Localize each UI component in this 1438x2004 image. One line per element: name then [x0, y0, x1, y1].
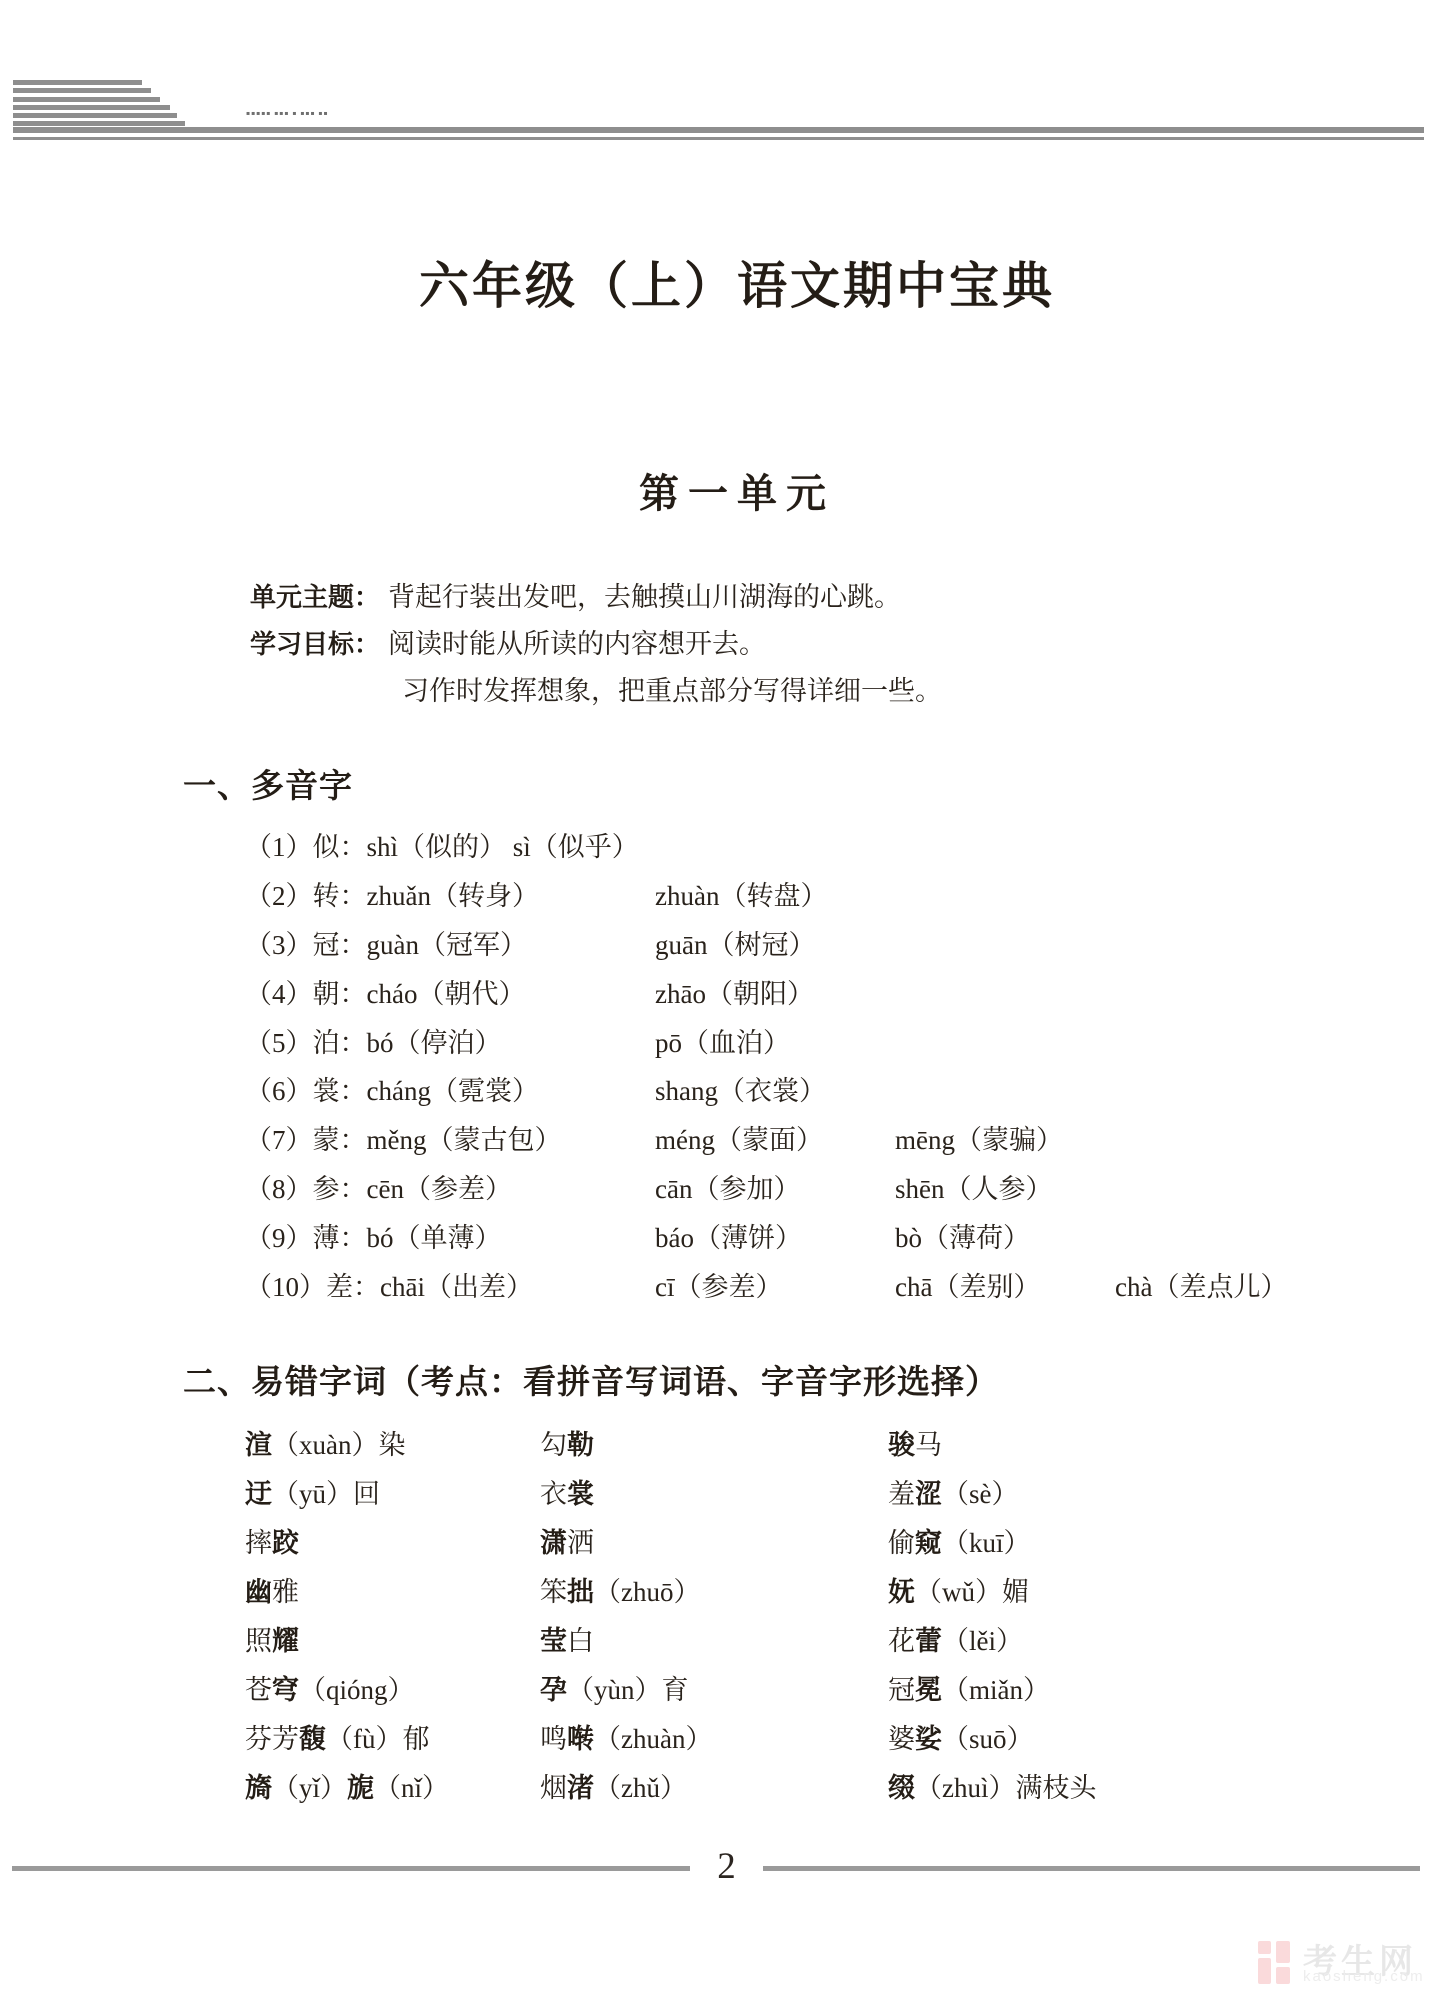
word-text: （wǔ）媚: [915, 1577, 1029, 1607]
word-text: （yū）回: [272, 1479, 380, 1509]
word-cell: 鸣啭（zhuàn）: [540, 1715, 712, 1764]
polyphone-entry: bò（薄荷）: [895, 1214, 1030, 1263]
word-row: 旖（yǐ）旎（nǐ）烟渚（zhǔ）缀（zhuì）满枝头: [245, 1764, 1405, 1813]
word-text: （yǐ）: [272, 1773, 347, 1803]
polyphone-entry: （2）转：zhuǎn（转身）: [245, 872, 539, 921]
polyphone-entry: （5）泊：bó（停泊）: [245, 1019, 502, 1068]
key-character: 缀: [888, 1773, 915, 1803]
word-text: 勾: [540, 1430, 567, 1460]
word-text: 偷: [888, 1528, 915, 1558]
polyphone-entry: （9）薄：bó（单薄）: [245, 1214, 502, 1263]
word-text: 鸣: [540, 1724, 567, 1754]
word-cell: 烟渚（zhǔ）: [540, 1764, 687, 1813]
word-cell: 芬芳馥（fù）郁: [245, 1715, 430, 1764]
key-character: 娑: [915, 1724, 942, 1754]
learning-goal-line-2: 习作时发挥想象，把重点部分写得详细一些。: [250, 668, 1250, 715]
polyphone-entry: cī（参差）: [655, 1263, 783, 1312]
word-text: （qióng）: [299, 1675, 415, 1705]
key-character: 耀: [272, 1626, 299, 1656]
header-rule-thin: [13, 137, 1424, 140]
polyphone-row: （10）差：chāi（出差）cī（参差）chā（差别）chà（差点儿）: [245, 1263, 1405, 1312]
word-cell: 旖（yǐ）旎（nǐ）: [245, 1764, 449, 1813]
unit-intro: 单元主题：背起行装出发吧，去触摸山川湖海的心跳。 学习目标：阅读时能从所读的内容…: [250, 574, 1250, 715]
word-text: 烟: [540, 1773, 567, 1803]
polyphone-entry: pō（血泊）: [655, 1019, 790, 1068]
unit-theme-text: 背起行装出发吧，去触摸山川湖海的心跳。: [388, 582, 901, 612]
header-stripe: [13, 97, 160, 102]
word-row: 渲（xuàn）染勾勒骏马: [245, 1421, 1405, 1470]
polyphone-entry: mēng（蒙骗）: [895, 1116, 1063, 1165]
word-cell: 骏马: [888, 1421, 942, 1470]
header-stripe: [13, 105, 170, 110]
key-character: 渲: [245, 1430, 272, 1460]
word-cell: 苍穹（qióng）: [245, 1666, 415, 1715]
word-cell: 缀（zhuì）满枝头: [888, 1764, 1097, 1813]
word-cell: 羞涩（sè）: [888, 1470, 1019, 1519]
word-text: 婆: [888, 1724, 915, 1754]
key-character: 啭: [567, 1724, 594, 1754]
word-text: （xuàn）染: [272, 1430, 405, 1460]
polyphone-entry: cān（参加）: [655, 1165, 800, 1214]
header-stripe: [13, 121, 185, 126]
word-text: （suō）: [942, 1724, 1034, 1754]
key-character: 迂: [245, 1479, 272, 1509]
polyphone-row: （7）蒙：měng（蒙古包）méng（蒙面）mēng（蒙骗）: [245, 1116, 1405, 1165]
key-character: 馥: [299, 1724, 326, 1754]
word-cell: 孕（yùn）育: [540, 1666, 689, 1715]
polyphone-row: （2）转：zhuǎn（转身）zhuàn（转盘）: [245, 872, 1405, 921]
word-cell: 衣裳: [540, 1470, 594, 1519]
word-text: 羞: [888, 1479, 915, 1509]
header-stripe: [13, 113, 177, 118]
key-character: 潇: [540, 1528, 567, 1558]
footer-rule-left: [12, 1866, 690, 1871]
word-cell: 勾勒: [540, 1421, 594, 1470]
key-character: 渚: [567, 1773, 594, 1803]
word-text: （kuī）: [942, 1528, 1031, 1558]
polyphone-list: （1）似：shì（似的） sì（似乎）（2）转：zhuǎn（转身）zhuàn（转…: [245, 823, 1405, 1312]
header-fine-print: ▪▪▪▪▪ ▪▪▪ ▪ ▪▪▪ ▪▪: [246, 110, 356, 117]
word-text: 摔: [245, 1528, 272, 1558]
key-character: 莹: [540, 1626, 567, 1656]
polyphone-entry: （7）蒙：měng（蒙古包）: [245, 1116, 562, 1165]
document-page: ▪▪▪▪▪ ▪▪▪ ▪ ▪▪▪ ▪▪ 六年级（上）语文期中宝典 第一单元 单元主…: [0, 0, 1438, 2004]
section-2-heading: 二、易错字词（考点：看拼音写词语、字音字形选择）: [183, 1356, 999, 1403]
key-character: 妩: [888, 1577, 915, 1607]
unit-title: 第一单元: [36, 462, 1438, 519]
word-cell: 冠冕（miǎn）: [888, 1666, 1050, 1715]
polyphone-row: （9）薄：bó（单薄）báo（薄饼）bò（薄荷）: [245, 1214, 1405, 1263]
word-cell: 幽雅: [245, 1568, 299, 1617]
section-1-heading: 一、多音字: [183, 760, 353, 807]
word-row: 苍穹（qióng）孕（yùn）育冠冕（miǎn）: [245, 1666, 1405, 1715]
word-cell: 笨拙（zhuō）: [540, 1568, 700, 1617]
polyphone-row: （6）裳：cháng（霓裳）shang（衣裳）: [245, 1067, 1405, 1116]
key-character: 裳: [567, 1479, 594, 1509]
word-text: 衣: [540, 1479, 567, 1509]
word-row: 芬芳馥（fù）郁鸣啭（zhuàn）婆娑（suō）: [245, 1715, 1405, 1764]
polyphone-entry: báo（薄饼）: [655, 1214, 802, 1263]
word-text: 笨: [540, 1577, 567, 1607]
polyphone-row: （8）参：cēn（参差）cān（参加）shēn（人参）: [245, 1165, 1405, 1214]
page-title: 六年级（上）语文期中宝典: [36, 246, 1438, 318]
polyphone-entry: shang（衣裳）: [655, 1067, 826, 1116]
polyphone-entry: （8）参：cēn（参差）: [245, 1165, 512, 1214]
word-cell: 妩（wǔ）媚: [888, 1568, 1029, 1617]
polyphone-entry: zhāo（朝阳）: [655, 970, 814, 1019]
word-grid: 渲（xuàn）染勾勒骏马迂（yū）回衣裳羞涩（sè）摔跤潇洒偷窥（kuī）幽雅笨…: [245, 1421, 1405, 1813]
polyphone-entry: （3）冠：guàn（冠军）: [245, 921, 527, 970]
key-character: 旎: [347, 1773, 374, 1803]
polyphone-entry: （10）差：chāi（出差）: [245, 1263, 533, 1312]
key-character: 旖: [245, 1773, 272, 1803]
polyphone-entry: chā（差别）: [895, 1263, 1040, 1312]
word-row: 迂（yū）回衣裳羞涩（sè）: [245, 1470, 1405, 1519]
footer-rule-right: [763, 1866, 1420, 1871]
key-character: 涩: [915, 1479, 942, 1509]
word-text: （zhuō）: [594, 1577, 700, 1607]
word-text: 雅: [272, 1577, 299, 1607]
word-text: （zhǔ）: [594, 1773, 687, 1803]
key-character: 蕾: [915, 1626, 942, 1656]
polyphone-row: （1）似：shì（似的） sì（似乎）: [245, 823, 1405, 872]
key-character: 勒: [567, 1430, 594, 1460]
key-character: 骏: [888, 1430, 915, 1460]
polyphone-entry: （4）朝：cháo（朝代）: [245, 970, 525, 1019]
word-text: 洒: [567, 1528, 594, 1558]
polyphone-entry: shēn（人参）: [895, 1165, 1053, 1214]
learning-goal-line: 学习目标：阅读时能从所读的内容想开去。: [250, 621, 1250, 668]
word-cell: 花蕾（lěi）: [888, 1617, 1023, 1666]
page-number: 2: [690, 1846, 763, 1888]
word-text: 苍: [245, 1675, 272, 1705]
word-text: （zhuì）满枝头: [915, 1773, 1097, 1803]
word-text: （zhuàn）: [594, 1724, 712, 1754]
polyphone-entry: zhuàn（转盘）: [655, 872, 827, 921]
word-text: （lěi）: [942, 1626, 1023, 1656]
word-text: （miǎn）: [942, 1675, 1050, 1705]
polyphone-entry: （1）似：shì（似的） sì（似乎）: [245, 823, 639, 872]
word-text: 白: [567, 1626, 594, 1656]
header-stripe: [13, 80, 142, 85]
key-character: 窥: [915, 1528, 942, 1558]
polyphone-entry: chà（差点儿）: [1115, 1263, 1287, 1312]
word-row: 幽雅笨拙（zhuō）妩（wǔ）媚: [245, 1568, 1405, 1617]
watermark-domain: kaosheng.com: [1303, 1968, 1425, 1985]
polyphone-entry: （6）裳：cháng（霓裳）: [245, 1067, 539, 1116]
key-character: 冕: [915, 1675, 942, 1705]
word-text: 马: [915, 1430, 942, 1460]
word-cell: 照耀: [245, 1617, 299, 1666]
key-character: 拙: [567, 1577, 594, 1607]
key-character: 孕: [540, 1675, 567, 1705]
word-text: 冠: [888, 1675, 915, 1705]
word-text: 芬芳: [245, 1724, 299, 1754]
word-row: 摔跤潇洒偷窥（kuī）: [245, 1519, 1405, 1568]
learning-goal-text-2: 习作时发挥想象，把重点部分写得详细一些。: [402, 676, 942, 706]
word-cell: 摔跤: [245, 1519, 299, 1568]
key-character: 幽: [245, 1577, 272, 1607]
word-text: （fù）郁: [326, 1724, 430, 1754]
polyphone-entry: guān（树冠）: [655, 921, 815, 970]
word-text: （sè）: [942, 1479, 1019, 1509]
polyphone-row: （4）朝：cháo（朝代）zhāo（朝阳）: [245, 970, 1405, 1019]
key-character: 穹: [272, 1675, 299, 1705]
learning-goal-label: 学习目标：: [250, 629, 380, 659]
word-text: （yùn）育: [567, 1675, 689, 1705]
word-cell: 偷窥（kuī）: [888, 1519, 1031, 1568]
unit-theme-label: 单元主题：: [250, 582, 380, 612]
learning-goal-text: 阅读时能从所读的内容想开去。: [388, 629, 766, 659]
word-text: 花: [888, 1626, 915, 1656]
polyphone-row: （3）冠：guàn（冠军）guān（树冠）: [245, 921, 1405, 970]
header-stripe: [13, 88, 151, 93]
word-text: 照: [245, 1626, 272, 1656]
word-text: （nǐ）: [374, 1773, 449, 1803]
word-cell: 迂（yū）回: [245, 1470, 380, 1519]
word-cell: 潇洒: [540, 1519, 594, 1568]
polyphone-entry: méng（蒙面）: [655, 1116, 823, 1165]
word-cell: 渲（xuàn）染: [245, 1421, 405, 1470]
polyphone-row: （5）泊：bó（停泊）pō（血泊）: [245, 1019, 1405, 1068]
word-row: 照耀莹白花蕾（lěi）: [245, 1617, 1405, 1666]
unit-theme-line: 单元主题：背起行装出发吧，去触摸山川湖海的心跳。: [250, 574, 1250, 621]
word-cell: 莹白: [540, 1617, 594, 1666]
word-cell: 婆娑（suō）: [888, 1715, 1034, 1764]
key-character: 跤: [272, 1528, 299, 1558]
header-rule-thick: [13, 127, 1424, 133]
